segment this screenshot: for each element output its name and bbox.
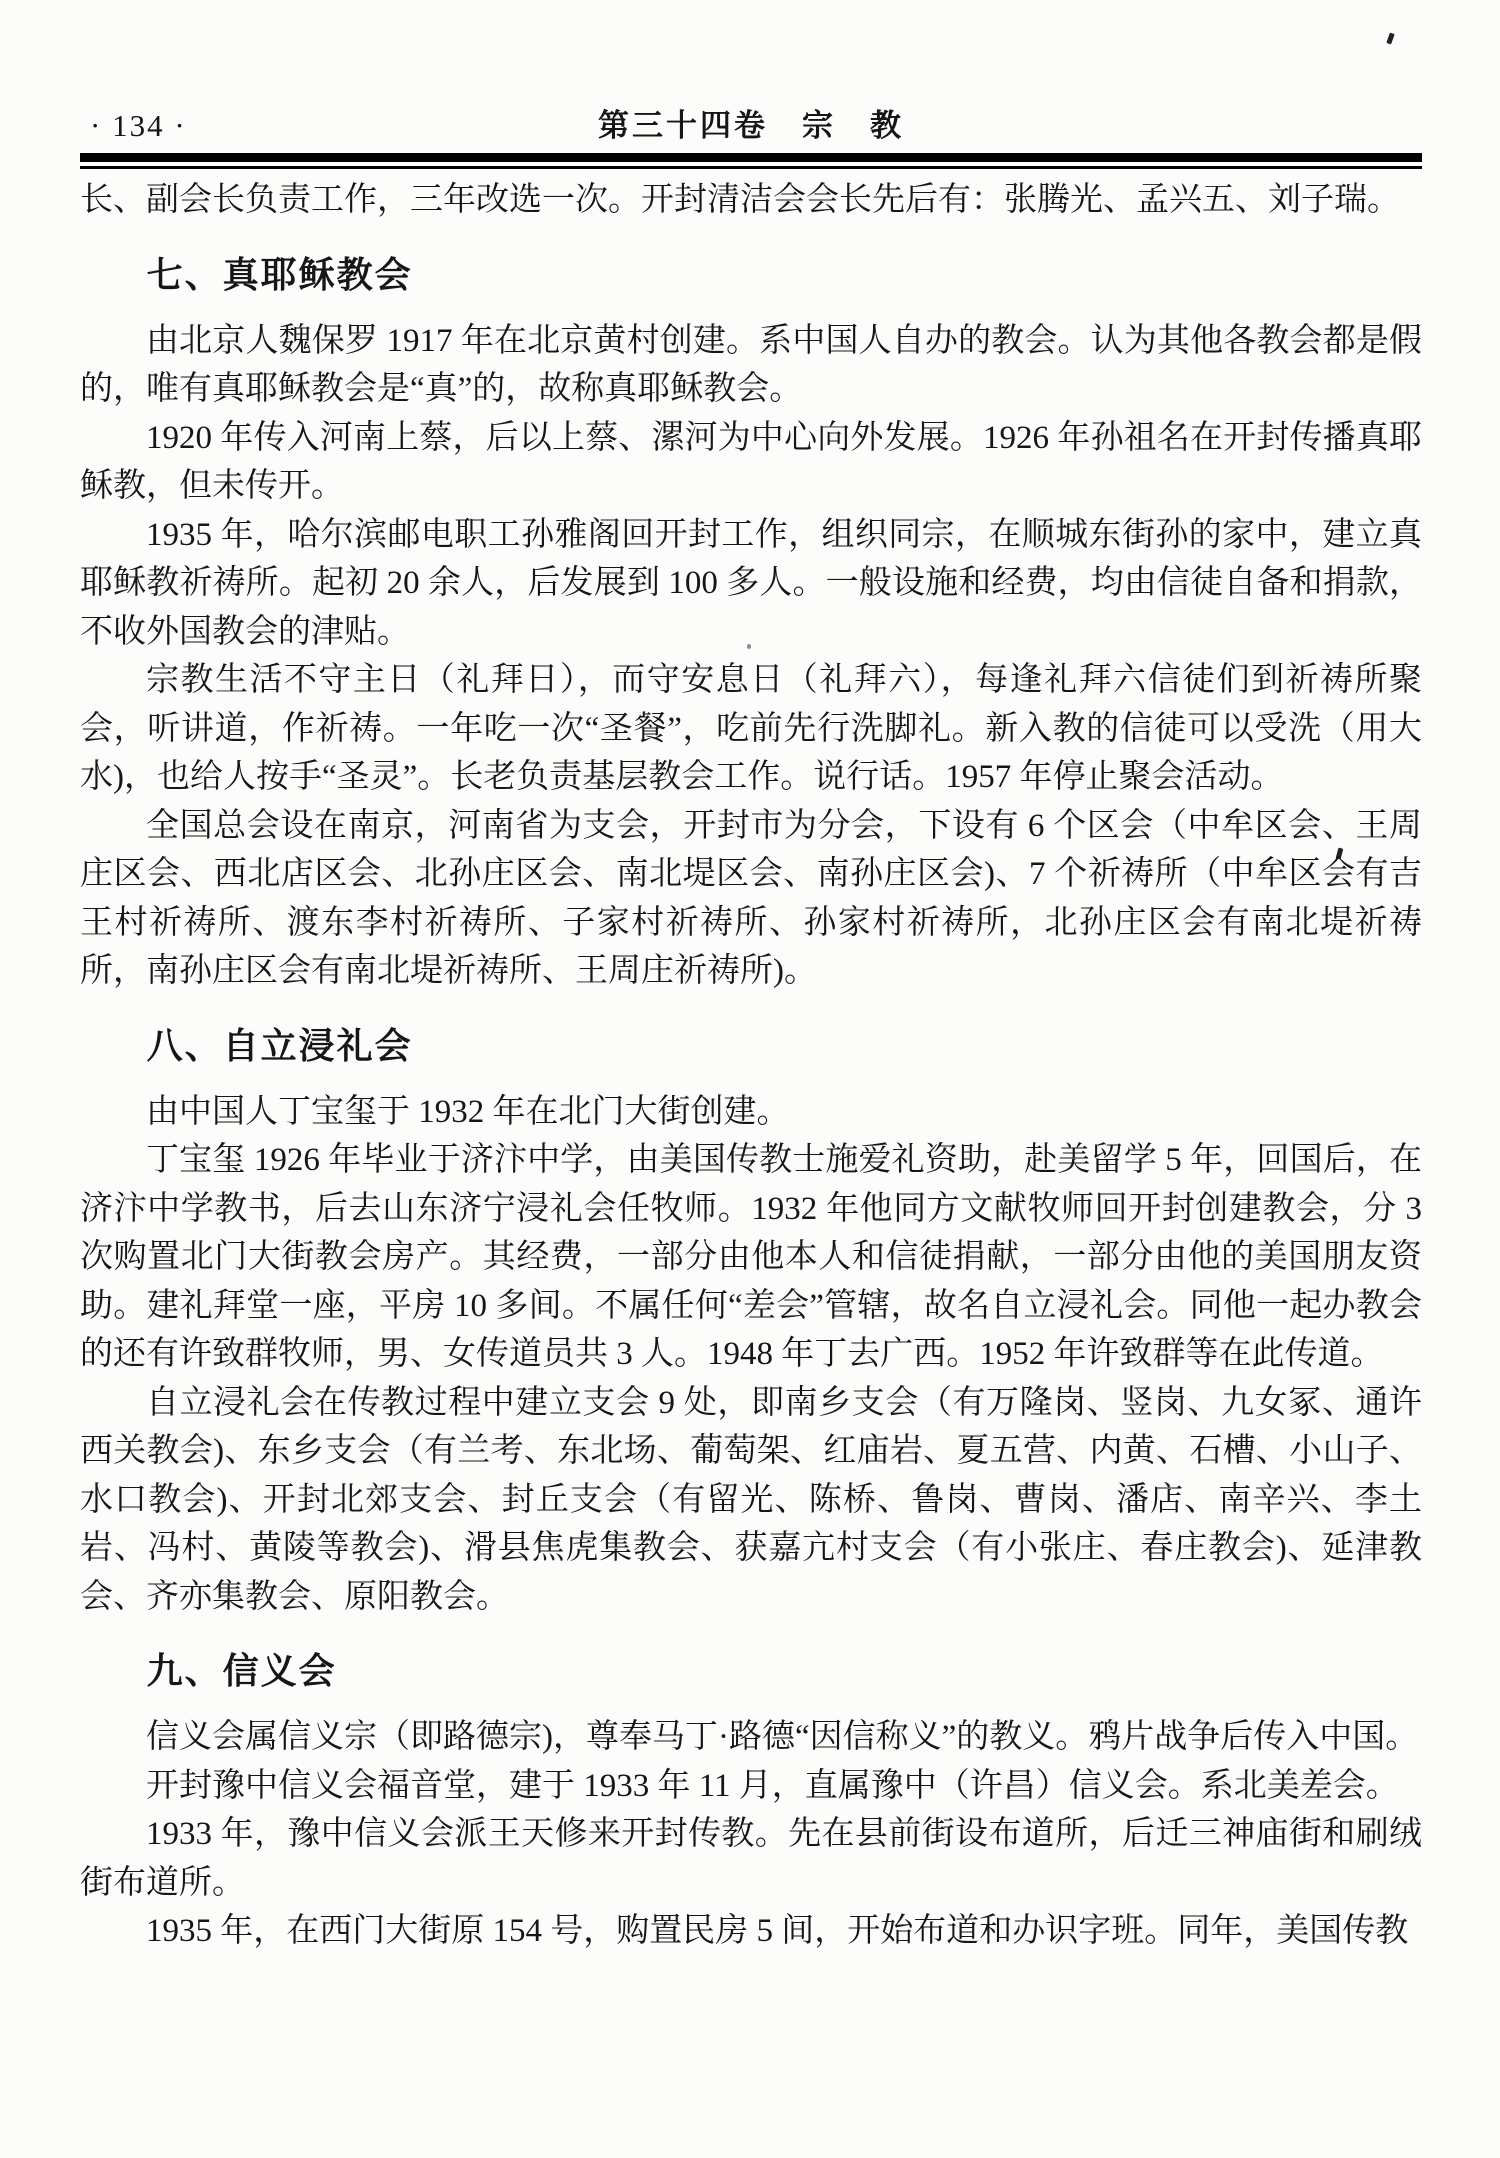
paragraph: 1935 年，哈尔滨邮电职工孙雅阁回开封工作，组织同宗，在顺城东街孙的家中，建立… <box>80 511 1422 657</box>
page-number: · 134 · <box>90 106 187 146</box>
paragraph: 全国总会设在南京，河南省为支会，开封市为分会，下设有 6 个区会（中牟区会、王周… <box>80 802 1422 996</box>
page-body: 长、副会长负责工作，三年改选一次。开封清洁会会长先后有：张腾光、孟兴五、刘子瑞。… <box>80 176 1422 1956</box>
paragraph: 丁宝玺 1926 年毕业于济汴中学，由美国传教士施爱礼资助，赴美留学 5 年，回… <box>80 1136 1422 1379</box>
volume-title: 第三十四卷 宗 教 <box>80 106 1422 146</box>
scanned-book-page: · 134 · 第三十四卷 宗 教 长、副会长负责工作，三年改选一次。开封清洁会… <box>0 0 1500 2158</box>
header-rule-thin <box>80 166 1422 169</box>
scan-speck-top-right <box>1386 32 1394 44</box>
paragraph: 信义会属信义宗（即路德宗)，尊奉马丁·路德“因信称义”的教义。鸦片战争后传入中国… <box>80 1713 1422 1762</box>
paragraph: 开封豫中信义会福音堂，建于 1933 年 11 月，直属豫中（许昌）信义会。系北… <box>80 1762 1422 1811</box>
paragraph: 宗教生活不守主日（礼拜日），而守安息日（礼拜六），每逢礼拜六信徒们到祈祷所聚会，… <box>80 656 1422 802</box>
paragraph: 1920 年传入河南上蔡，后以上蔡、漯河为中心向外发展。1926 年孙祖名在开封… <box>80 414 1422 511</box>
section-heading-8: 八、自立浸礼会 <box>80 1023 1422 1069</box>
paragraph-cut-at-page-end: 1935 年，在西门大街原 154 号，购置民房 5 间，开始布道和办识字班。同… <box>80 1907 1422 1956</box>
paragraph: 自立浸礼会在传教过程中建立支会 9 处，即南乡支会（有万隆岗、竖岗、九女冢、通许… <box>80 1379 1422 1622</box>
paragraph: 由北京人魏保罗 1917 年在北京黄村创建。系中国人自办的教会。认为其他各教会都… <box>80 317 1422 414</box>
running-header: · 134 · 第三十四卷 宗 教 <box>80 106 1422 146</box>
section-heading-9: 九、信义会 <box>80 1648 1422 1694</box>
continued-paragraph: 长、副会长负责工作，三年改选一次。开封清洁会会长先后有：张腾光、孟兴五、刘子瑞。 <box>80 176 1422 225</box>
header-rule-thick <box>80 153 1422 162</box>
section-heading-7: 七、真耶稣教会 <box>80 252 1422 298</box>
paragraph: 1933 年，豫中信义会派王天修来开封传教。先在县前街设布道所，后迁三神庙街和刷… <box>80 1810 1422 1907</box>
paragraph: 由中国人丁宝玺于 1932 年在北门大街创建。 <box>80 1088 1422 1137</box>
text-block: · 134 · 第三十四卷 宗 教 长、副会长负责工作，三年改选一次。开封清洁会… <box>80 106 1422 1956</box>
